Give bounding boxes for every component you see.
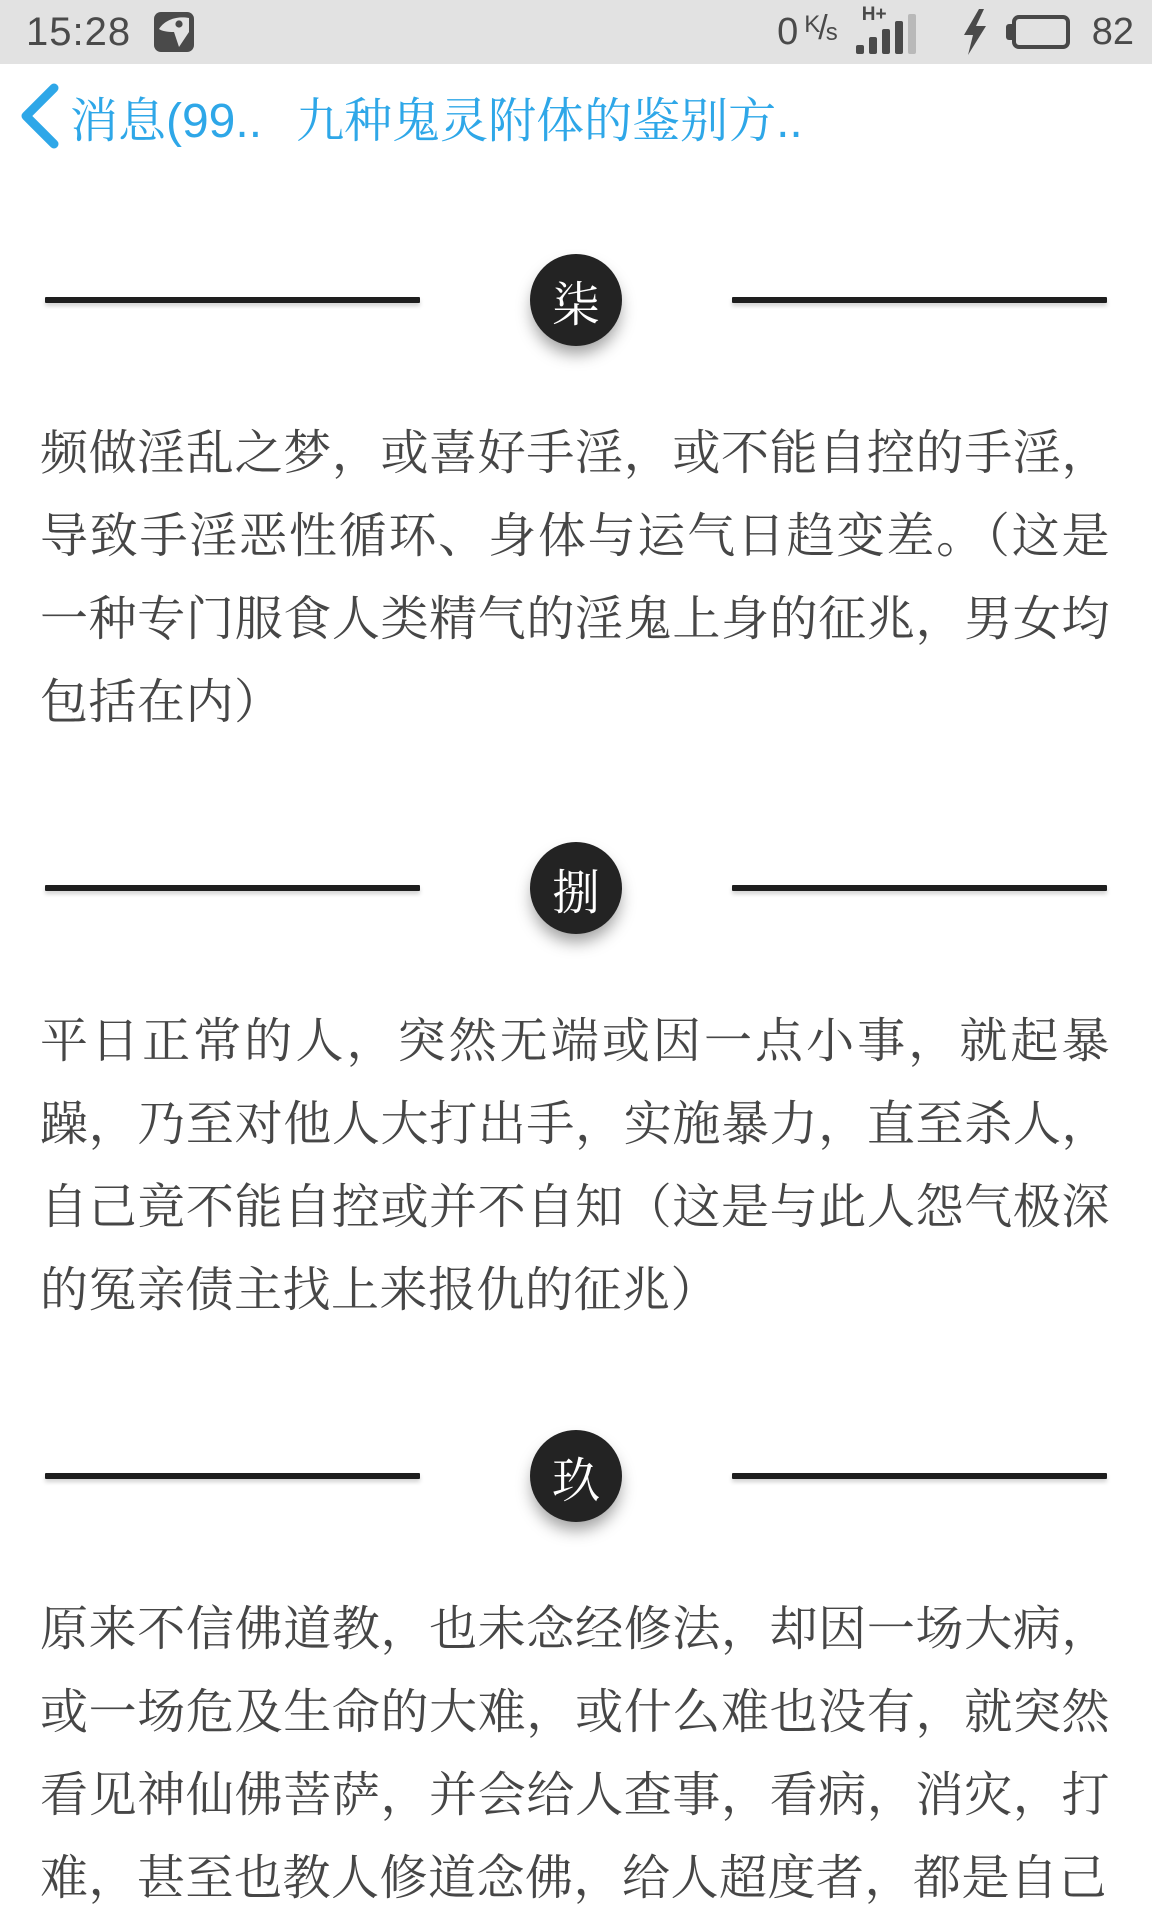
charging-bolt-icon — [962, 9, 988, 55]
divider-line-right — [732, 297, 1107, 303]
article-scroll-area[interactable]: 柒 频做淫乱之梦，或喜好手淫，或不能自控的手淫，导致手淫恶性循环、身体与运气日趋… — [0, 254, 1152, 1920]
divider-line-left — [45, 297, 420, 303]
status-bar-left: 15:28 — [26, 10, 195, 55]
section-paragraph-7: 频做淫乱之梦，或喜好手淫，或不能自控的手淫，导致手淫恶性循环、身体与运气日趋变差… — [40, 412, 1110, 744]
section-badge-8: 捌 — [530, 842, 622, 934]
network-speed-unit: K/s — [804, 11, 837, 45]
section-badge-7: 柒 — [530, 254, 622, 346]
status-bar: 15:28 0 K/s H+ — [0, 0, 1152, 64]
status-bar-right: 0 K/s H+ — [777, 6, 1134, 58]
messages-count-label: 消息(99.. — [70, 82, 262, 151]
section-divider-9: 玖 — [0, 1430, 1152, 1522]
back-chevron-icon — [18, 83, 60, 149]
divider-line-right — [732, 885, 1107, 891]
phone-screen: 15:28 0 K/s H+ — [0, 0, 1152, 1920]
network-speed-value: 0 — [777, 11, 798, 54]
section-paragraph-9: 原来不信佛道教，也未念经修法，却因一场大病，或一场危及生命的大难，或什么难也没有… — [40, 1588, 1110, 1920]
divider-line-left — [45, 1473, 420, 1479]
cell-signal-icon: H+ — [856, 6, 944, 58]
nav-bar: 消息(99.. 九种鬼灵附体的鉴别方.. — [0, 64, 1152, 168]
divider-line-left — [45, 885, 420, 891]
section-badge-9: 玖 — [530, 1430, 622, 1522]
clock-label: 15:28 — [26, 10, 131, 55]
section-paragraph-8: 平日正常的人，突然无端或因一点小事，就起暴躁，乃至对他人大打出手，实施暴力，直至… — [40, 1000, 1110, 1332]
section-divider-7: 柒 — [0, 254, 1152, 346]
divider-line-right — [732, 1473, 1107, 1479]
battery-percent-label: 82 — [1092, 11, 1134, 54]
network-speed: 0 K/s — [777, 11, 838, 54]
section-divider-8: 捌 — [0, 842, 1152, 934]
screenshot-notification-icon — [153, 11, 195, 53]
battery-icon — [1006, 15, 1070, 49]
page-title: 九种鬼灵附体的鉴别方.. — [296, 82, 803, 151]
back-button[interactable]: 消息(99.. — [18, 82, 262, 151]
